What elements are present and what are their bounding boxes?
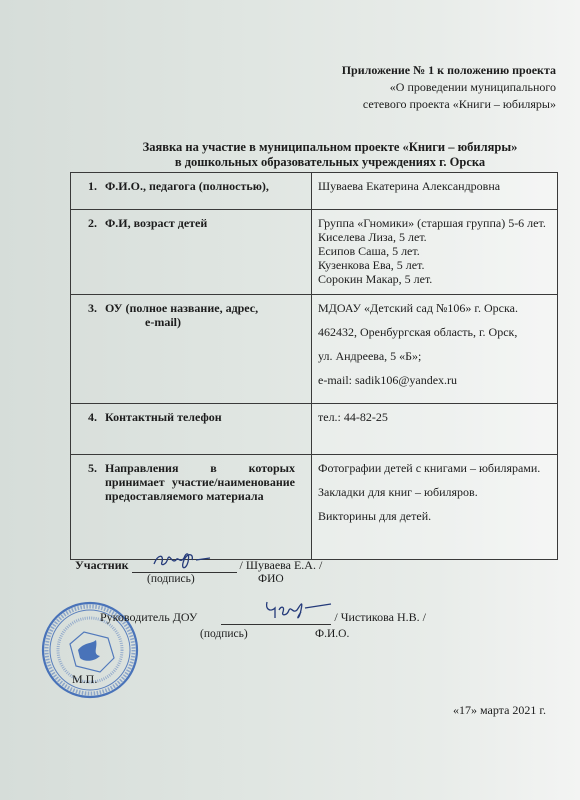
participant-name: / Шуваева Е.А. / (240, 558, 323, 572)
row-number: 3. (77, 301, 97, 315)
table-row-institution: 3.ОУ (полное название, адрес,e-mail) МДО… (71, 295, 558, 404)
appendix-header: Приложение № 1 к положению проекта «О пр… (342, 62, 556, 113)
appendix-line-1: Приложение № 1 к положению проекта (342, 62, 556, 79)
institution-email: e-mail: sadik106@yandex.ru (318, 373, 551, 387)
material-item: Фотографии детей с книгами – юбилярами. (318, 461, 551, 475)
participant-name-caption: ФИО (258, 573, 284, 585)
institution-name: МДОАУ «Детский сад №106» г. Орска. (318, 301, 551, 315)
document-date: «17» марта 2021 г. (453, 703, 546, 718)
child-entry: Кузенкова Ева, 5 лет. (318, 258, 551, 272)
teacher-name: Шуваева Екатерина Александровна (318, 179, 551, 193)
head-signature-row: Руководитель ДОУ / Чистикова Н.В. / (100, 610, 426, 625)
row-label: Направления в которых принимает участие/… (105, 461, 295, 503)
head-signature-caption: (подпись) (200, 628, 248, 640)
row-number: 4. (77, 410, 97, 424)
table-row-teacher: 1.Ф.И.О., педагога (полностью), Шуваева … (71, 173, 558, 210)
head-signature-icon (261, 596, 351, 624)
row-label: Ф.И.О., педагога (полностью), (105, 179, 295, 193)
institution-street: ул. Андреева, 5 «Б»; (318, 349, 551, 363)
table-row-children: 2.Ф.И, возраст детей Группа «Гномики» (с… (71, 210, 558, 295)
stamp-label: М.П. (72, 672, 97, 687)
row-label: Контактный телефон (105, 410, 295, 424)
row-number: 1. (77, 179, 97, 193)
title-line-1: Заявка на участие в муниципальном проект… (100, 140, 560, 155)
appendix-line-2: «О проведении муниципального (342, 79, 556, 96)
group-name: Группа «Гномики» (старшая группа) 5-6 ле… (318, 216, 551, 230)
contact-phone: тел.: 44-82-25 (318, 410, 551, 424)
participant-signature-row: Участник / Шуваева Е.А. / (75, 558, 322, 573)
institution-address: 462432, Оренбургская область, г. Орск, (318, 325, 551, 339)
participant-signature-caption: (подпись) (147, 573, 195, 585)
child-entry: Киселева Лиза, 5 лет. (318, 230, 551, 244)
participant-signature-icon (150, 548, 220, 572)
row-number: 5. (77, 461, 97, 503)
table-row-directions: 5.Направления в которых принимает участи… (71, 455, 558, 560)
application-form-page: Приложение № 1 к положению проекта «О пр… (0, 0, 580, 800)
table-row-phone: 4.Контактный телефон тел.: 44-82-25 (71, 404, 558, 455)
material-item: Закладки для книг – юбиляров. (318, 485, 551, 499)
document-title: Заявка на участие в муниципальном проект… (100, 140, 560, 170)
row-label: ОУ (полное название, адрес, (105, 301, 258, 315)
head-label: Руководитель ДОУ (100, 610, 197, 624)
row-label-cont: e-mail) (105, 315, 181, 329)
title-line-2: в дошкольных образовательных учреждениях… (100, 155, 560, 170)
child-entry: Есипов Саша, 5 лет. (318, 244, 551, 258)
child-entry: Сорокин Макар, 5 лет. (318, 272, 551, 286)
row-label: Ф.И, возраст детей (105, 216, 295, 230)
participant-signature-line (132, 558, 237, 573)
appendix-line-3: сетевого проекта «Книги – юбиляры» (342, 96, 556, 113)
participant-label: Участник (75, 558, 129, 572)
row-number: 2. (77, 216, 97, 230)
application-table: 1.Ф.И.О., педагога (полностью), Шуваева … (70, 172, 558, 560)
head-name-caption: Ф.И.О. (315, 628, 349, 640)
material-item: Викторины для детей. (318, 509, 551, 523)
head-signature-line (221, 610, 331, 625)
